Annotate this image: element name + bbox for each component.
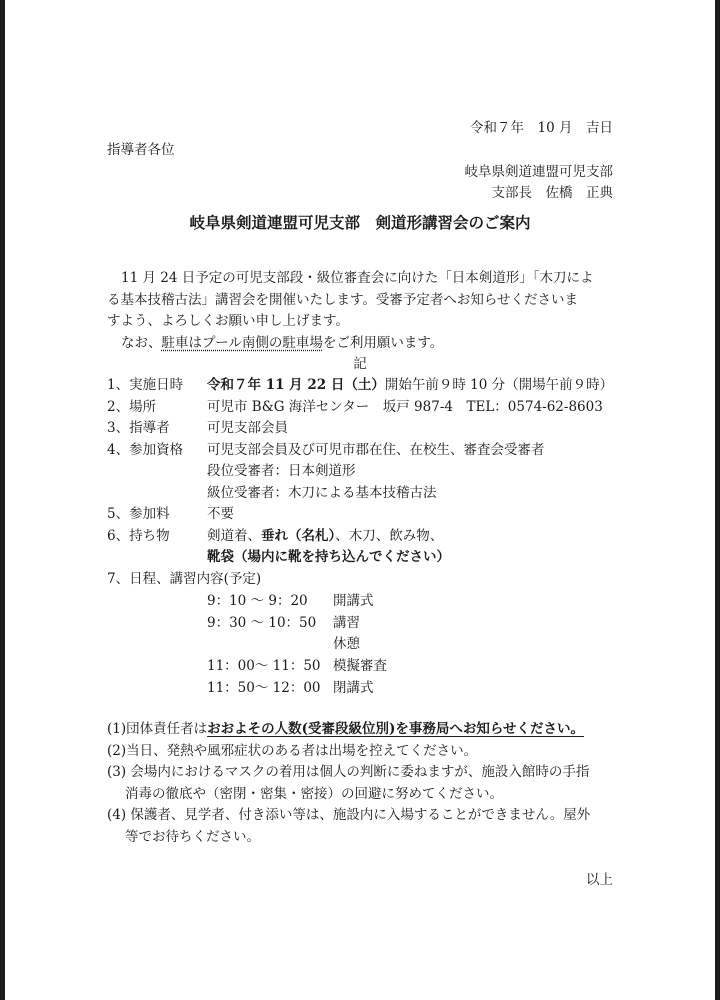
intro-line-1: 11 月 24 日予定の可児支部段・級位審査会に向けた「日本剣道形」「木刀によ bbox=[121, 268, 593, 288]
intro-line-2: る基本技稽古法」講習会を開催いたします。受審予定者へお知らせくださいま bbox=[107, 290, 578, 310]
item-6: 6、持ち物剣道着、垂れ（名札）、木刀、飲み物、 bbox=[107, 526, 443, 546]
schedule-row: 11：50～ 12：00閉講式 bbox=[207, 678, 374, 698]
schedule-row: 9：30 ～ 10：50講習 bbox=[207, 613, 360, 633]
intro-line-3: すよう、よろしくお願い申し上げます。 bbox=[107, 311, 349, 331]
parking-underlined: 駐車はプール南側の駐車場 bbox=[162, 335, 323, 351]
parking-note: なお、駐車はプール南側の駐車場をご利用願います。 bbox=[121, 333, 443, 353]
note-3-line-2: 消毒の徹底や（密閉・密集・密接）の回避に努めてください。 bbox=[125, 784, 503, 804]
note-1-underlined: おおよその人数(受審段級位別)を事務局へお知らせください。 bbox=[207, 721, 584, 737]
item-7: 7、日程、講習内容(予定) bbox=[107, 569, 261, 589]
note-3-line-1: (3) 会場内におけるマスクの着用は個人の判断に委ねますが、施設入館時の手指 bbox=[107, 762, 589, 782]
closing: 以上 bbox=[586, 870, 613, 890]
date: 令和７年 10 月 吉日 bbox=[470, 118, 613, 138]
ki-marker: 記 bbox=[5, 354, 715, 374]
item-4: 4、参加資格可児支部会員及び可児市郡在住、在校生、審査会受審者 bbox=[107, 440, 545, 460]
note-4-line-2: 等でお待ちください。 bbox=[125, 827, 260, 847]
schedule-row: 9：10 ～ 9：20開講式 bbox=[207, 591, 374, 611]
schedule-row: 休憩 bbox=[207, 634, 360, 654]
document-title: 岐阜県剣道連盟可児支部 剣道形講習会のご案内 bbox=[5, 213, 715, 233]
note-1: (1)団体責任者はおおよその人数(受審段級位別)を事務局へお知らせください。 bbox=[107, 719, 584, 739]
item-6-line-2: 靴袋（場内に靴を持ち込んでください） bbox=[207, 547, 450, 567]
note-2: (2)当日、発熱や風邪症状のある者は出場を控えてください。 bbox=[107, 741, 477, 761]
recipient: 指導者各位 bbox=[107, 140, 175, 160]
schedule-row: 11：00～ 11：50模擬審査 bbox=[207, 656, 387, 676]
item-4-sub-1: 段位受審者：日本剣道形 bbox=[207, 461, 356, 481]
item-2: 2、場所可児市 B&G 海洋センター 坂戸 987-4 TEL：0574-62-… bbox=[107, 397, 603, 417]
item-5: 5、参加料不要 bbox=[107, 504, 234, 524]
sender-name: 支部長 佐橋 正典 bbox=[492, 183, 614, 203]
note-4-line-1: (4) 保護者、見学者、付き添い等は、施設内に入場することができません。屋外 bbox=[107, 805, 590, 825]
item-3: 3、指導者可児支部会員 bbox=[107, 418, 288, 438]
sender-org: 岐阜県剣道連盟可児支部 bbox=[465, 162, 614, 182]
document-page: 令和７年 10 月 吉日 指導者各位 岐阜県剣道連盟可児支部 支部長 佐橋 正典… bbox=[5, 0, 715, 1000]
item-1: 1、実施日時令和７年 11 月 22 日（土）開始午前９時 10 分（開場午前９… bbox=[107, 375, 613, 395]
item-4-sub-2: 級位受審者：木刀による基本技稽古法 bbox=[207, 483, 437, 503]
